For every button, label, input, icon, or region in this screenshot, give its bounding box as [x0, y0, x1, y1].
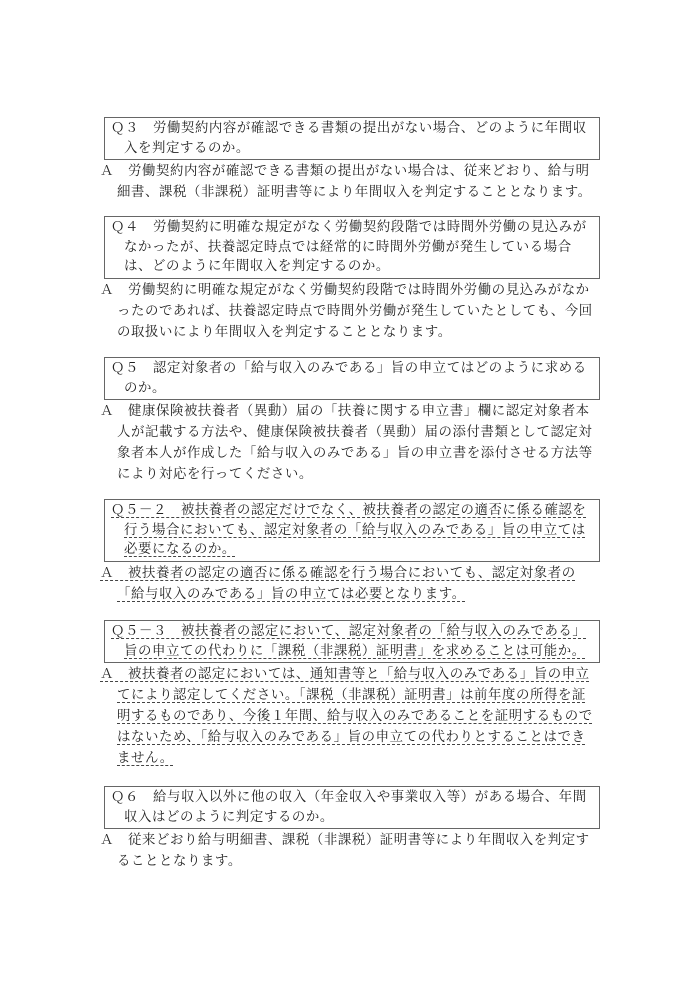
question-line-text: 必要になるのか。	[124, 542, 236, 557]
qa-item-q3: Ｑ３ 労働契約内容が確認できる書類の提出がない場合、どのように年間収 入を判定す…	[104, 117, 600, 203]
qa-item-q4: Ｑ４ 労働契約に明確な規定がなく労働契約段階では時間外労働の見込みが なかったが…	[104, 216, 600, 343]
question-box: Ｑ４ 労働契約に明確な規定がなく労働契約段階では時間外労働の見込みが なかったが…	[104, 216, 600, 279]
question-line: 必要になるのか。	[111, 540, 593, 560]
question-line: 旨の申立ての代わりに「課税（非課税）証明書」を求めることは可能か。	[111, 642, 593, 662]
answer-line: の取扱いにより年間収入を判定することとなります。	[100, 322, 600, 343]
answer-line: ったのであれば、扶養認定時点で時間外労働が発生していたとしても、今回	[100, 301, 600, 322]
question-box: Ｑ３ 労働契約内容が確認できる書類の提出がない場合、どのように年間収 入を判定す…	[104, 117, 600, 160]
question-line: は、どのように年間収入を判定するのか。	[111, 257, 593, 277]
answer-line: 「給与収入のみである」旨の申立ては必要となります。	[100, 584, 600, 605]
question-box: Ｑ５ 認定対象者の「給与収入のみである」旨の申立てはどのように求める のか。	[104, 357, 600, 400]
answer-line-text: Ａ 被扶養者の認定においては、通知書等と「給与収入のみである」旨の申立	[100, 667, 590, 682]
qa-item-q5-2: Ｑ５－２ 被扶養者の認定だけでなく、被扶養者の認定の適否に係る確認を 行う場合に…	[104, 499, 600, 605]
answer-line: Ａ 従来どおり給与明細書、課税（非課税）証明書等により年間収入を判定す	[100, 830, 600, 851]
answer-line: Ａ 労働契約内容が確認できる書類の提出がない場合は、従来どおり、給与明	[100, 161, 600, 182]
question-line: のか。	[111, 379, 593, 399]
question-line-text: 行う場合においても、認定対象者の「給与収入のみである」旨の申立ては	[124, 523, 586, 538]
question-line: Ｑ４ 労働契約に明確な規定がなく労働契約段階では時間外労働の見込みが	[111, 218, 593, 238]
answer-line-text: はないため、「給与収入のみである」旨の申立ての代わりとすることはでき	[117, 730, 585, 745]
answer-line-text: 明するものであり、今後１年間、給与収入のみであることを証明するもので	[117, 709, 593, 724]
answer-line-text: ません。	[117, 751, 174, 766]
question-line: 行う場合においても、認定対象者の「給与収入のみである」旨の申立ては	[111, 521, 593, 541]
answer-line: により対応を行ってください。	[100, 464, 600, 485]
question-line: Ｑ５－３ 被扶養者の認定において、認定対象者の「給与収入のみである」	[111, 622, 593, 642]
question-line: Ｑ５ 認定対象者の「給与収入のみである」旨の申立てはどのように求める	[111, 359, 593, 379]
question-line: なかったが、扶養認定時点では経常的に時間外労働が発生している場合	[111, 238, 593, 258]
question-line-text: Ｑ５－３ 被扶養者の認定において、認定対象者の「給与収入のみである」	[111, 624, 586, 639]
question-line: Ｑ５－２ 被扶養者の認定だけでなく、被扶養者の認定の適否に係る確認を	[111, 501, 593, 521]
answer-line: Ａ 労働契約に明確な規定がなく労働契約段階では時間外労働の見込みがなか	[100, 280, 600, 301]
question-box: Ｑ６ 給与収入以外に他の収入（年金収入や事業収入等）がある場合、年間 収入はどの…	[104, 786, 600, 829]
question-line: 入を判定するのか。	[111, 139, 593, 159]
question-box: Ｑ５－２ 被扶養者の認定だけでなく、被扶養者の認定の適否に係る確認を 行う場合に…	[104, 499, 600, 562]
answer-line-text: 「給与収入のみである」旨の申立ては必要となります。	[117, 587, 466, 602]
answer-line: Ａ 被扶養者の認定においては、通知書等と「給与収入のみである」旨の申立	[100, 664, 600, 685]
qa-item-q5: Ｑ５ 認定対象者の「給与収入のみである」旨の申立てはどのように求める のか。 Ａ…	[104, 357, 600, 485]
question-line: Ｑ３ 労働契約内容が確認できる書類の提出がない場合、どのように年間収	[111, 119, 593, 139]
qa-item-q5-3: Ｑ５－３ 被扶養者の認定において、認定対象者の「給与収入のみである」 旨の申立て…	[104, 620, 600, 769]
question-line: Ｑ６ 給与収入以外に他の収入（年金収入や事業収入等）がある場合、年間	[111, 788, 593, 808]
answer-text: Ａ 被扶養者の認定においては、通知書等と「給与収入のみである」旨の申立 てにより…	[100, 664, 600, 769]
answer-line: Ａ 被扶養者の認定の適否に係る確認を行う場合においても、認定対象者の	[100, 563, 600, 584]
answer-line: 細書、課税（非課税）証明書等により年間収入を判定することとなります。	[100, 182, 600, 203]
answer-line: はないため、「給与収入のみである」旨の申立ての代わりとすることはでき	[100, 727, 600, 748]
answer-line: てにより認定してください。「課税（非課税）証明書」は前年度の所得を証	[100, 685, 600, 706]
answer-text: Ａ 労働契約内容が確認できる書類の提出がない場合は、従来どおり、給与明 細書、課…	[100, 161, 600, 203]
answer-line: 人が記載する方法や、健康保険被扶養者（異動）届の添付書類として認定対	[100, 422, 600, 443]
answer-line-text: てにより認定してください。「課税（非課税）証明書」は前年度の所得を証	[117, 688, 586, 703]
answer-line-text: Ａ 被扶養者の認定の適否に係る確認を行う場合においても、認定対象者の	[100, 566, 576, 581]
question-box: Ｑ５－３ 被扶養者の認定において、認定対象者の「給与収入のみである」 旨の申立て…	[104, 620, 600, 663]
answer-text: Ａ 健康保険被扶養者（異動）届の「扶養に関する申立書」欄に認定対象者本 人が記載…	[100, 401, 600, 485]
answer-line: 明するものであり、今後１年間、給与収入のみであることを証明するもので	[100, 706, 600, 727]
answer-line: Ａ 健康保険被扶養者（異動）届の「扶養に関する申立書」欄に認定対象者本	[100, 401, 600, 422]
answer-line: 象者本人が作成した「給与収入のみである」旨の申立書を添付させる方法等	[100, 443, 600, 464]
question-line-text: 旨の申立ての代わりに「課税（非課税）証明書」を求めることは可能か。	[124, 644, 586, 659]
question-line: 収入はどのように判定するのか。	[111, 808, 593, 828]
answer-text: Ａ 従来どおり給与明細書、課税（非課税）証明書等により年間収入を判定す ることと…	[100, 830, 600, 872]
answer-text: Ａ 被扶養者の認定の適否に係る確認を行う場合においても、認定対象者の 「給与収入…	[100, 563, 600, 605]
qa-item-q6: Ｑ６ 給与収入以外に他の収入（年金収入や事業収入等）がある場合、年間 収入はどの…	[104, 786, 600, 872]
document-page: Ｑ３ 労働契約内容が確認できる書類の提出がない場合、どのように年間収 入を判定す…	[0, 0, 699, 991]
answer-text: Ａ 労働契約に明確な規定がなく労働契約段階では時間外労働の見込みがなか ったので…	[100, 280, 600, 343]
answer-line: ません。	[100, 748, 600, 769]
answer-line: ることとなります。	[100, 851, 600, 872]
